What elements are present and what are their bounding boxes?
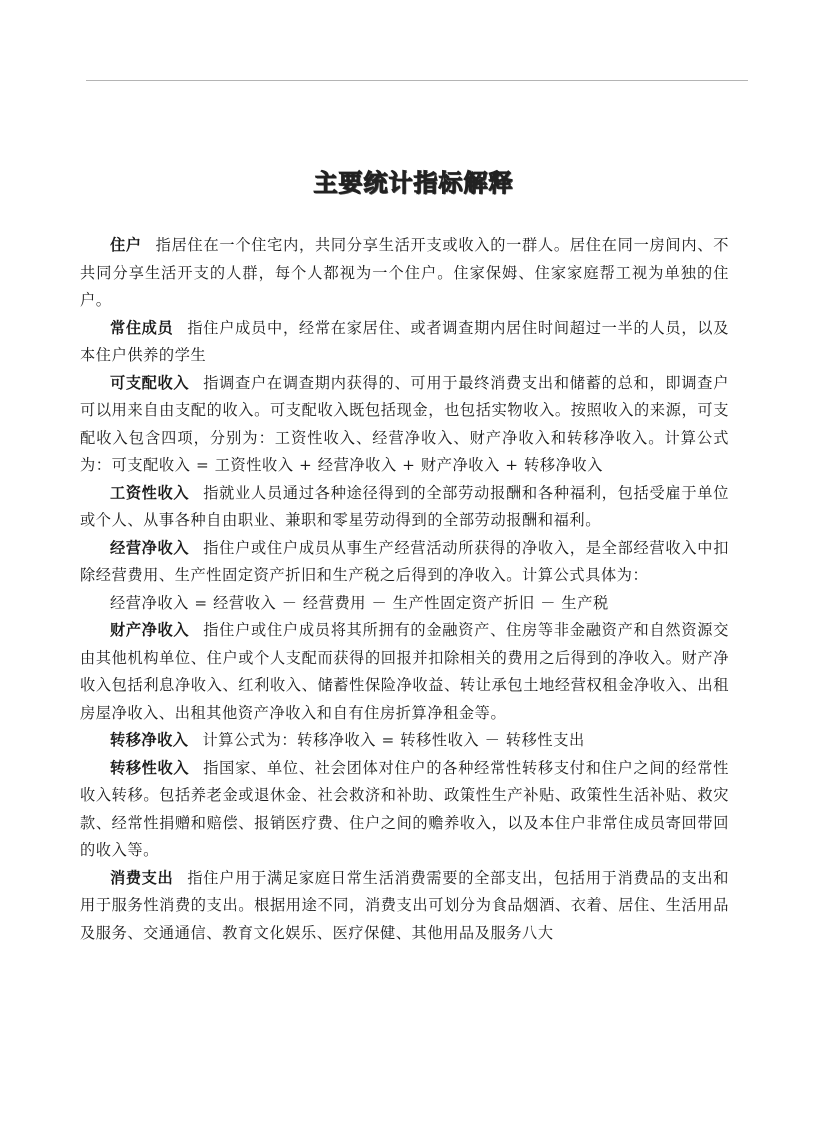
header-rule — [86, 80, 748, 81]
page-title: 主要统计指标解释 — [0, 163, 827, 198]
entry-operating-net-income: 经营净收入指住户或住户成员从事生产经营活动所获得的净收入，是全部经营收入中扣除经… — [80, 535, 729, 590]
term-label: 经营净收入 — [110, 539, 189, 557]
term-definition: 计算公式为：转移净收入 = 转移性收入 － 转移性支出 — [202, 731, 584, 749]
entry-property-net-income: 财产净收入指住户或住户成员将其所拥有的金融资产、住房等非金融资产和自然资源交由其… — [80, 617, 729, 727]
definitions-body: 住户指居住在一个住宅内，共同分享生活开支或收入的一群人。居住在同一房间内、不共同… — [80, 232, 729, 947]
term-label: 转移性收入 — [110, 759, 189, 777]
entry-disposable-income: 可支配收入指调查户在调查期内获得的、可用于最终消费支出和储蓄的总和，即调查户可以… — [80, 370, 729, 480]
term-definition: 指居住在一个住宅内，共同分享生活开支或收入的一群人。居住在同一房间内、不共同分享… — [80, 236, 729, 309]
term-label: 可支配收入 — [110, 374, 189, 392]
term-label: 转移净收入 — [110, 731, 188, 749]
entry-household: 住户指居住在一个住宅内，共同分享生活开支或收入的一群人。居住在同一房间内、不共同… — [80, 232, 729, 315]
entry-wage-income: 工资性收入指就业人员通过各种途径得到的全部劳动报酬和各种福利，包括受雇于单位或个… — [80, 480, 729, 535]
term-label: 常住成员 — [110, 319, 173, 337]
operating-income-formula: 经营净收入 = 经营收入 － 经营费用 － 生产性固定资产折旧 － 生产税 — [80, 590, 729, 618]
term-label: 财产净收入 — [110, 621, 189, 639]
entry-resident-member: 常住成员指住户成员中，经常在家居住、或者调查期内居住时间超过一半的人员，以及本住… — [80, 315, 729, 370]
term-label: 住户 — [110, 236, 142, 254]
entry-transfer-income: 转移性收入指国家、单位、社会团体对住户的各种经常性转移支付和住户之间的经常性收入… — [80, 755, 729, 865]
term-label: 消费支出 — [110, 869, 173, 887]
term-label: 工资性收入 — [110, 484, 189, 502]
entry-consumption-expenditure: 消费支出指住户用于满足家庭日常生活消费需要的全部支出，包括用于消费品的支出和用于… — [80, 865, 729, 948]
entry-transfer-net-income: 转移净收入计算公式为：转移净收入 = 转移性收入 － 转移性支出 — [80, 727, 729, 755]
term-definition: 指住户用于满足家庭日常生活消费需要的全部支出，包括用于消费品的支出和用于服务性消… — [80, 869, 729, 942]
term-definition: 指住户成员中，经常在家居住、或者调查期内居住时间超过一半的人员，以及本住户供养的… — [80, 319, 729, 365]
